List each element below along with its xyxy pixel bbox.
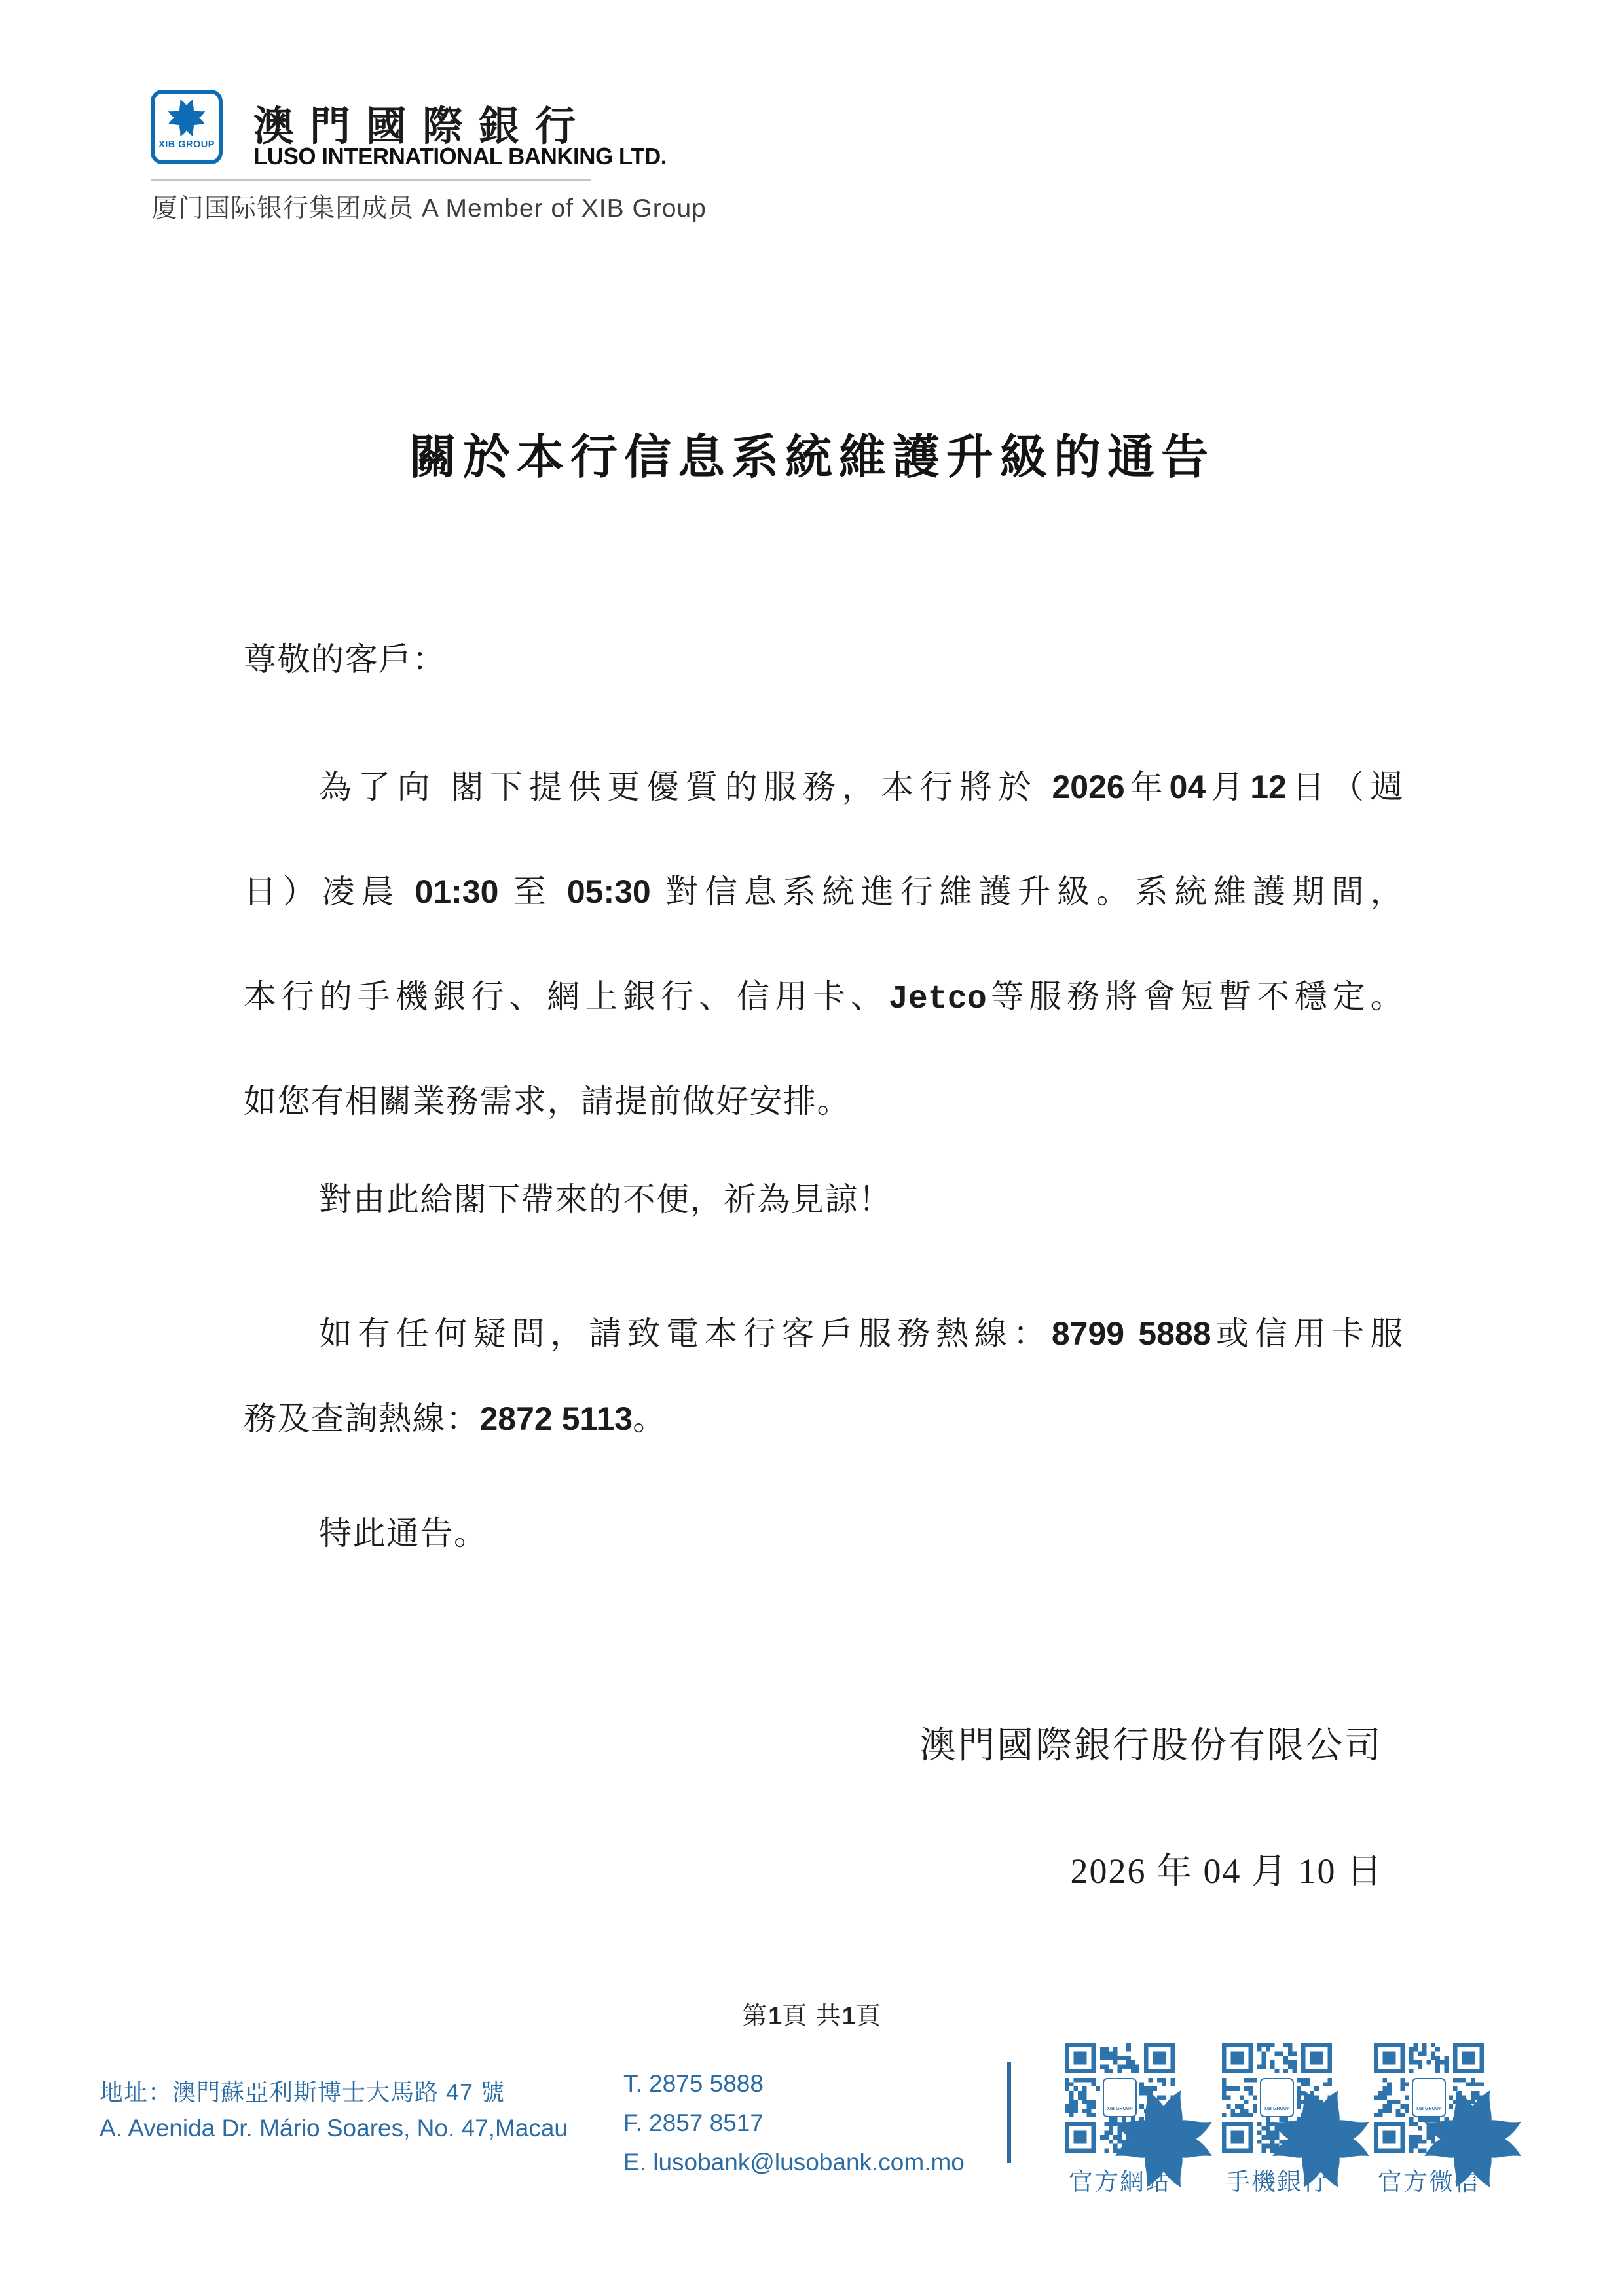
logo-group-label: XIB GROUP xyxy=(1264,2107,1289,2111)
body-line: 務及查詢熱線：2872 5113。 xyxy=(244,1398,1404,1440)
clover-icon xyxy=(166,97,208,139)
group-member-line: 厦门国际银行集团成员 A Member of XIB Group xyxy=(152,188,707,225)
qr-block-wechat: XIB GROUP 官方微信 xyxy=(1374,2043,1484,2197)
email: E. lusobank@lusobank.com.mo xyxy=(623,2149,965,2176)
body-line: 日）凌晨 01:30 至 05:30 對信息系統進行維護升級。系統維護期間， xyxy=(244,871,1404,913)
logo-group-label: XIB GROUP xyxy=(1107,2107,1132,2111)
page-number: 第1頁 共1頁 xyxy=(0,1995,1624,2032)
qr-code-mobile-banking: XIB GROUP xyxy=(1222,2043,1332,2153)
header-divider xyxy=(151,179,591,181)
notice-title: 關於本行信息系統維護升級的通告 xyxy=(0,419,1624,487)
qr-code-website: XIB GROUP xyxy=(1065,2043,1175,2153)
address-english: A. Avenida Dr. Mário Soares, No. 47,Maca… xyxy=(100,2115,568,2142)
clover-icon xyxy=(1266,2084,1288,2106)
telephone: T. 2875 5888 xyxy=(623,2070,764,2098)
qr-center-logo: XIB GROUP xyxy=(1412,2078,1446,2117)
fax: F. 2857 8517 xyxy=(623,2109,764,2137)
notice-document-page: XIB GROUP 澳門國際銀行 LUSO INTERNATIONAL BANK… xyxy=(0,0,1624,2296)
body-line: 對由此給閣下帶來的不便，祈為見諒！ xyxy=(244,1178,1404,1220)
body-line: 尊敬的客戶： xyxy=(244,638,1404,680)
logo-group-label: XIB GROUP xyxy=(1416,2107,1441,2111)
qr-center-logo: XIB GROUP xyxy=(1260,2078,1294,2117)
bank-header: XIB GROUP 澳門國際銀行 LUSO INTERNATIONAL BANK… xyxy=(151,88,593,219)
clover-icon xyxy=(1418,2084,1440,2106)
qr-code-wechat: XIB GROUP xyxy=(1374,2043,1484,2153)
body-line: 如您有相關業務需求，請提前做好安排。 xyxy=(244,1080,1404,1122)
body-line: 特此通告。 xyxy=(244,1512,1404,1554)
bank-name-english: LUSO INTERNATIONAL BANKING LTD. xyxy=(253,143,667,170)
qr-block-mobile-banking: XIB GROUP 手機銀行 xyxy=(1222,2043,1332,2197)
qr-center-logo: XIB GROUP xyxy=(1103,2078,1137,2117)
qr-block-website: XIB GROUP 官方網站 xyxy=(1065,2043,1175,2197)
body-line: 如有任何疑問，請致電本行客戶服務熱線：8799 5888或信用卡服 xyxy=(244,1313,1404,1355)
bank-logo: XIB GROUP xyxy=(151,90,223,164)
signature-date: 2026 年 04 月 10 日 xyxy=(1071,1843,1384,1893)
signature-company: 澳門國際銀行股份有限公司 xyxy=(919,1717,1383,1769)
body-line: 為了向 閣下提供更優質的服務，本行將於 2026年04月12日（週 xyxy=(244,766,1404,808)
logo-group-label: XIB GROUP xyxy=(158,139,215,150)
footer-divider-line xyxy=(1007,2062,1011,2163)
clover-icon xyxy=(1109,2084,1131,2106)
body-line: 本行的手機銀行、網上銀行、信用卡、Jetco等服務將會短暫不穩定。 xyxy=(244,975,1404,1021)
address-chinese: 地址：澳門蘇亞利斯博士大馬路 47 號 xyxy=(100,2074,505,2107)
